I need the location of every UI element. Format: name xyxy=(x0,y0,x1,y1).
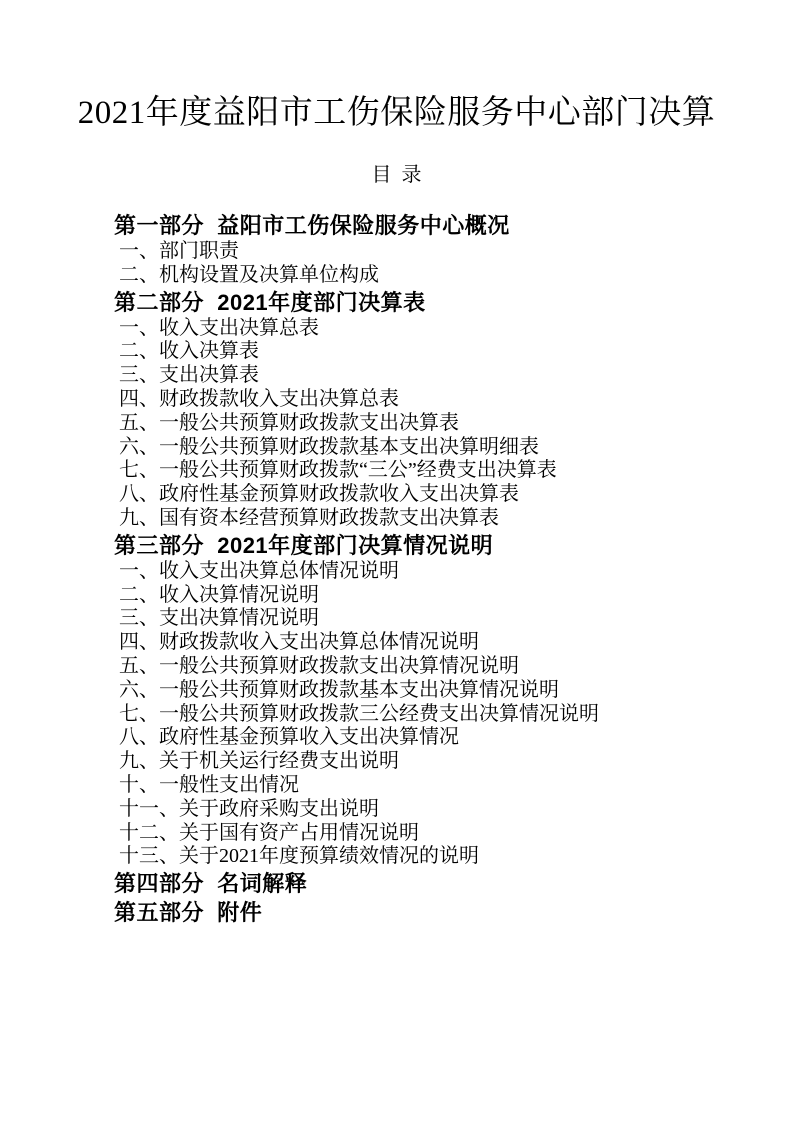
toc-item: 七、一般公共预算财政拨款“三公”经费支出决算表 xyxy=(114,459,733,483)
toc-heading: 目 录 xyxy=(0,163,793,188)
toc-item: 二、机构设置及决算单位构成 xyxy=(114,264,733,288)
toc-item: 四、财政拨款收入支出决算总体情况说明 xyxy=(114,631,733,655)
toc-item: 九、国有资本经营预算财政拨款支出决算表 xyxy=(114,507,733,531)
toc-item: 三、支出决算情况说明 xyxy=(114,607,733,631)
toc-item: 十三、关于2021年度预算绩效情况的说明 xyxy=(114,845,733,869)
toc-item: 五、一般公共预算财政拨款支出决算情况说明 xyxy=(114,655,733,679)
toc-item: 七、一般公共预算财政拨款三公经费支出决算情况说明 xyxy=(114,703,733,727)
toc-section-heading: 第三部分 2021年度部门决算情况说明 xyxy=(114,531,733,560)
toc-item: 十一、关于政府采购支出说明 xyxy=(114,798,733,822)
toc-item: 一、收入支出决算总表 xyxy=(114,317,733,341)
toc-item: 六、一般公共预算财政拨款基本支出决算明细表 xyxy=(114,436,733,460)
toc-item: 一、收入支出决算总体情况说明 xyxy=(114,560,733,584)
toc-item: 二、收入决算情况说明 xyxy=(114,584,733,608)
toc-item: 五、一般公共预算财政拨款支出决算表 xyxy=(114,412,733,436)
document-title: 2021年度益阳市工伤保险服务中心部门决算 xyxy=(0,0,793,134)
toc-item: 八、政府性基金预算财政拨款收入支出决算表 xyxy=(114,483,733,507)
toc-item: 九、关于机关运行经费支出说明 xyxy=(114,750,733,774)
table-of-contents: 第一部分 益阳市工伤保险服务中心概况一、部门职责二、机构设置及决算单位构成第二部… xyxy=(0,211,793,927)
toc-item: 十二、关于国有资产占用情况说明 xyxy=(114,822,733,846)
toc-item: 四、财政拨款收入支出决算总表 xyxy=(114,388,733,412)
toc-section-heading: 第五部分 附件 xyxy=(114,898,733,927)
toc-item: 六、一般公共预算财政拨款基本支出决算情况说明 xyxy=(114,679,733,703)
toc-section-heading: 第二部分 2021年度部门决算表 xyxy=(114,288,733,317)
document-page: 2021年度益阳市工伤保险服务中心部门决算 目 录 第一部分 益阳市工伤保险服务… xyxy=(0,0,793,1122)
toc-item: 二、收入决算表 xyxy=(114,340,733,364)
toc-item: 三、支出决算表 xyxy=(114,364,733,388)
toc-item: 八、政府性基金预算收入支出决算情况 xyxy=(114,726,733,750)
toc-section-heading: 第一部分 益阳市工伤保险服务中心概况 xyxy=(114,211,733,240)
toc-section-heading: 第四部分 名词解释 xyxy=(114,869,733,898)
toc-item: 十、一般性支出情况 xyxy=(114,774,733,798)
toc-item: 一、部门职责 xyxy=(114,240,733,264)
